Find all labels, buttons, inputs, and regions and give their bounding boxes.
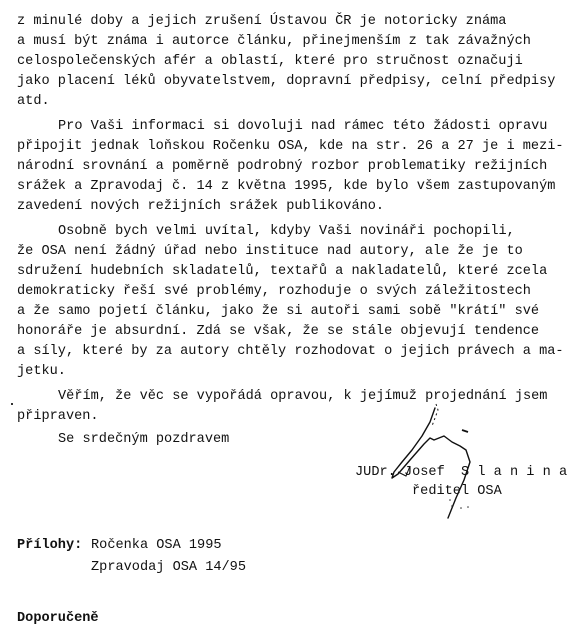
body-line: jetku.	[17, 364, 66, 380]
body-line: a že samo pojetí článku, jako že si auto…	[17, 304, 539, 320]
body-line: připojit jednak loňskou Ročenku OSA, kde…	[17, 139, 564, 155]
attachment-item: Ročenka OSA 1995	[91, 538, 222, 554]
delivery-note: Doporučeně	[17, 611, 99, 627]
body-line: a síly, které by za autory chtěly rozhod…	[17, 344, 564, 360]
body-line: že OSA není žádný úřad nebo instituce na…	[17, 244, 523, 260]
handwritten-signature	[390, 400, 520, 520]
body-line: honoráře je absurdní. Zdá se však, že se…	[17, 324, 539, 340]
closing-salutation: Se srdečným pozdravem	[58, 432, 229, 448]
body-line: a musí být známa i autorce článku, přine…	[17, 34, 531, 50]
body-line: zavedení nových režijních srážek publiko…	[17, 199, 384, 215]
body-line: z minulé doby a jejich zrušení Ústavou Č…	[17, 14, 506, 30]
body-line: atd.	[17, 94, 50, 110]
body-line: demokraticky řeší své problémy, rozhoduj…	[17, 284, 531, 300]
body-line: Osobně bych velmi uvítal, kdyby Vaši nov…	[58, 224, 515, 240]
body-line: připraven.	[17, 409, 99, 425]
body-line: srážek a Zpravodaj č. 14 z května 1995, …	[17, 179, 555, 195]
attachment-item: Zpravodaj OSA 14/95	[91, 560, 246, 576]
body-line: jako placení léků obyvatelstvem, dopravn…	[17, 74, 555, 90]
attachments-label: Přílohy:	[17, 538, 82, 554]
body-line: celospolečenských afér a oblastí, které …	[17, 54, 523, 70]
body-line: Pro Vaši informaci si dovoluji nad rámec…	[58, 119, 547, 135]
signatory-title: ředitel OSA	[412, 484, 502, 500]
letter-page: z minulé doby a jejich zrušení Ústavou Č…	[0, 0, 580, 640]
body-line: sdružení hudebních skladatelů, textařů a…	[17, 264, 547, 280]
signatory-name: JUDr. Josef S l a n i n a	[355, 465, 567, 481]
body-line: národní srovnání a poměrně podrobný rozb…	[17, 159, 547, 175]
scan-speck	[11, 403, 13, 405]
